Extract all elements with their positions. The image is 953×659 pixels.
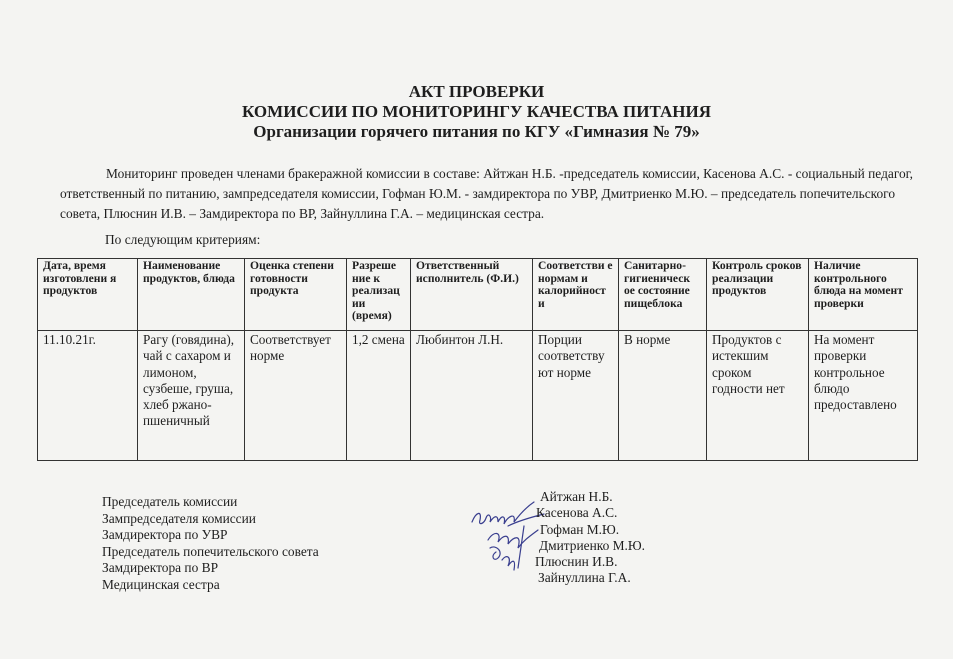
signature-role: Председатель комиссии (102, 494, 319, 511)
table-header-row: Дата, время изготовлени я продуктов Наим… (38, 259, 918, 331)
column-header: Санитарно-гигиеническ ое состояние пищеб… (619, 259, 707, 331)
signature-role: Медицинская сестра (102, 577, 319, 594)
table-cell-date: 11.10.21г. (38, 331, 138, 461)
criteria-label: По следующим критериям: (105, 232, 260, 248)
column-header: Разреше ние к реализац ии (время) (347, 259, 411, 331)
signature-name: Касенова А.С. (530, 505, 645, 521)
table-row: 11.10.21г. Рагу (говядина), чай с сахаро… (38, 331, 918, 461)
document-page: АКТ ПРОВЕРКИ КОМИССИИ ПО МОНИТОРИНГУ КАЧ… (0, 0, 953, 659)
table-cell-responsible: Любинтон Л.Н. (411, 331, 533, 461)
signature-name: Зайнуллина Г.А. (530, 570, 645, 586)
intro-paragraph: Мониторинг проведен членами бракеражной … (60, 164, 920, 224)
table-cell-permission: 1,2 смена (347, 331, 411, 461)
signature-roles: Председатель комиссии Зампредседателя ко… (102, 494, 319, 593)
signature-role: Председатель попечительского совета (102, 544, 319, 561)
column-header: Контроль сроков реализации продуктов (707, 259, 809, 331)
title-line-3: Организации горячего питания по КГУ «Гим… (0, 122, 953, 142)
monitoring-table: Дата, время изготовлени я продуктов Наим… (37, 258, 918, 461)
column-header: Оценка степени готовности продукта (245, 259, 347, 331)
table-cell-readiness: Соответствует норме (245, 331, 347, 461)
table-cell-products: Рагу (говядина), чай с сахаром и лимоном… (138, 331, 245, 461)
signature-role: Зампредседателя комиссии (102, 511, 319, 528)
table-cell-norms: Порции соответству ют норме (533, 331, 619, 461)
column-header: Наличие контрольного блюда на момент про… (809, 259, 918, 331)
table-cell-expiry-control: Продуктов с истекшим сроком годности нет (707, 331, 809, 461)
title-line-1: АКТ ПРОВЕРКИ (0, 82, 953, 102)
signature-name: Айтжан Н.Б. (530, 489, 645, 505)
signature-role: Замдиректора по УВР (102, 527, 319, 544)
title-line-2: КОМИССИИ ПО МОНИТОРИНГУ КАЧЕСТВА ПИТАНИЯ (0, 102, 953, 122)
column-header: Наименование продуктов, блюда (138, 259, 245, 331)
table-cell-control-dish: На момент проверки контрольное блюдо пре… (809, 331, 918, 461)
signature-name: Дмитриенко М.Ю. (530, 538, 645, 554)
signature-name: Плюснин И.В. (530, 554, 645, 570)
column-header: Ответственный исполнитель (Ф.И.) (411, 259, 533, 331)
signature-names: Айтжан Н.Б. Касенова А.С. Гофман М.Ю. Дм… (530, 489, 645, 587)
signature-name: Гофман М.Ю. (530, 522, 645, 538)
signature-role: Замдиректора по ВР (102, 560, 319, 577)
document-title: АКТ ПРОВЕРКИ КОМИССИИ ПО МОНИТОРИНГУ КАЧ… (0, 82, 953, 142)
table-cell-sanitary: В норме (619, 331, 707, 461)
column-header: Соответстви е нормам и калорийност и (533, 259, 619, 331)
column-header: Дата, время изготовлени я продуктов (38, 259, 138, 331)
